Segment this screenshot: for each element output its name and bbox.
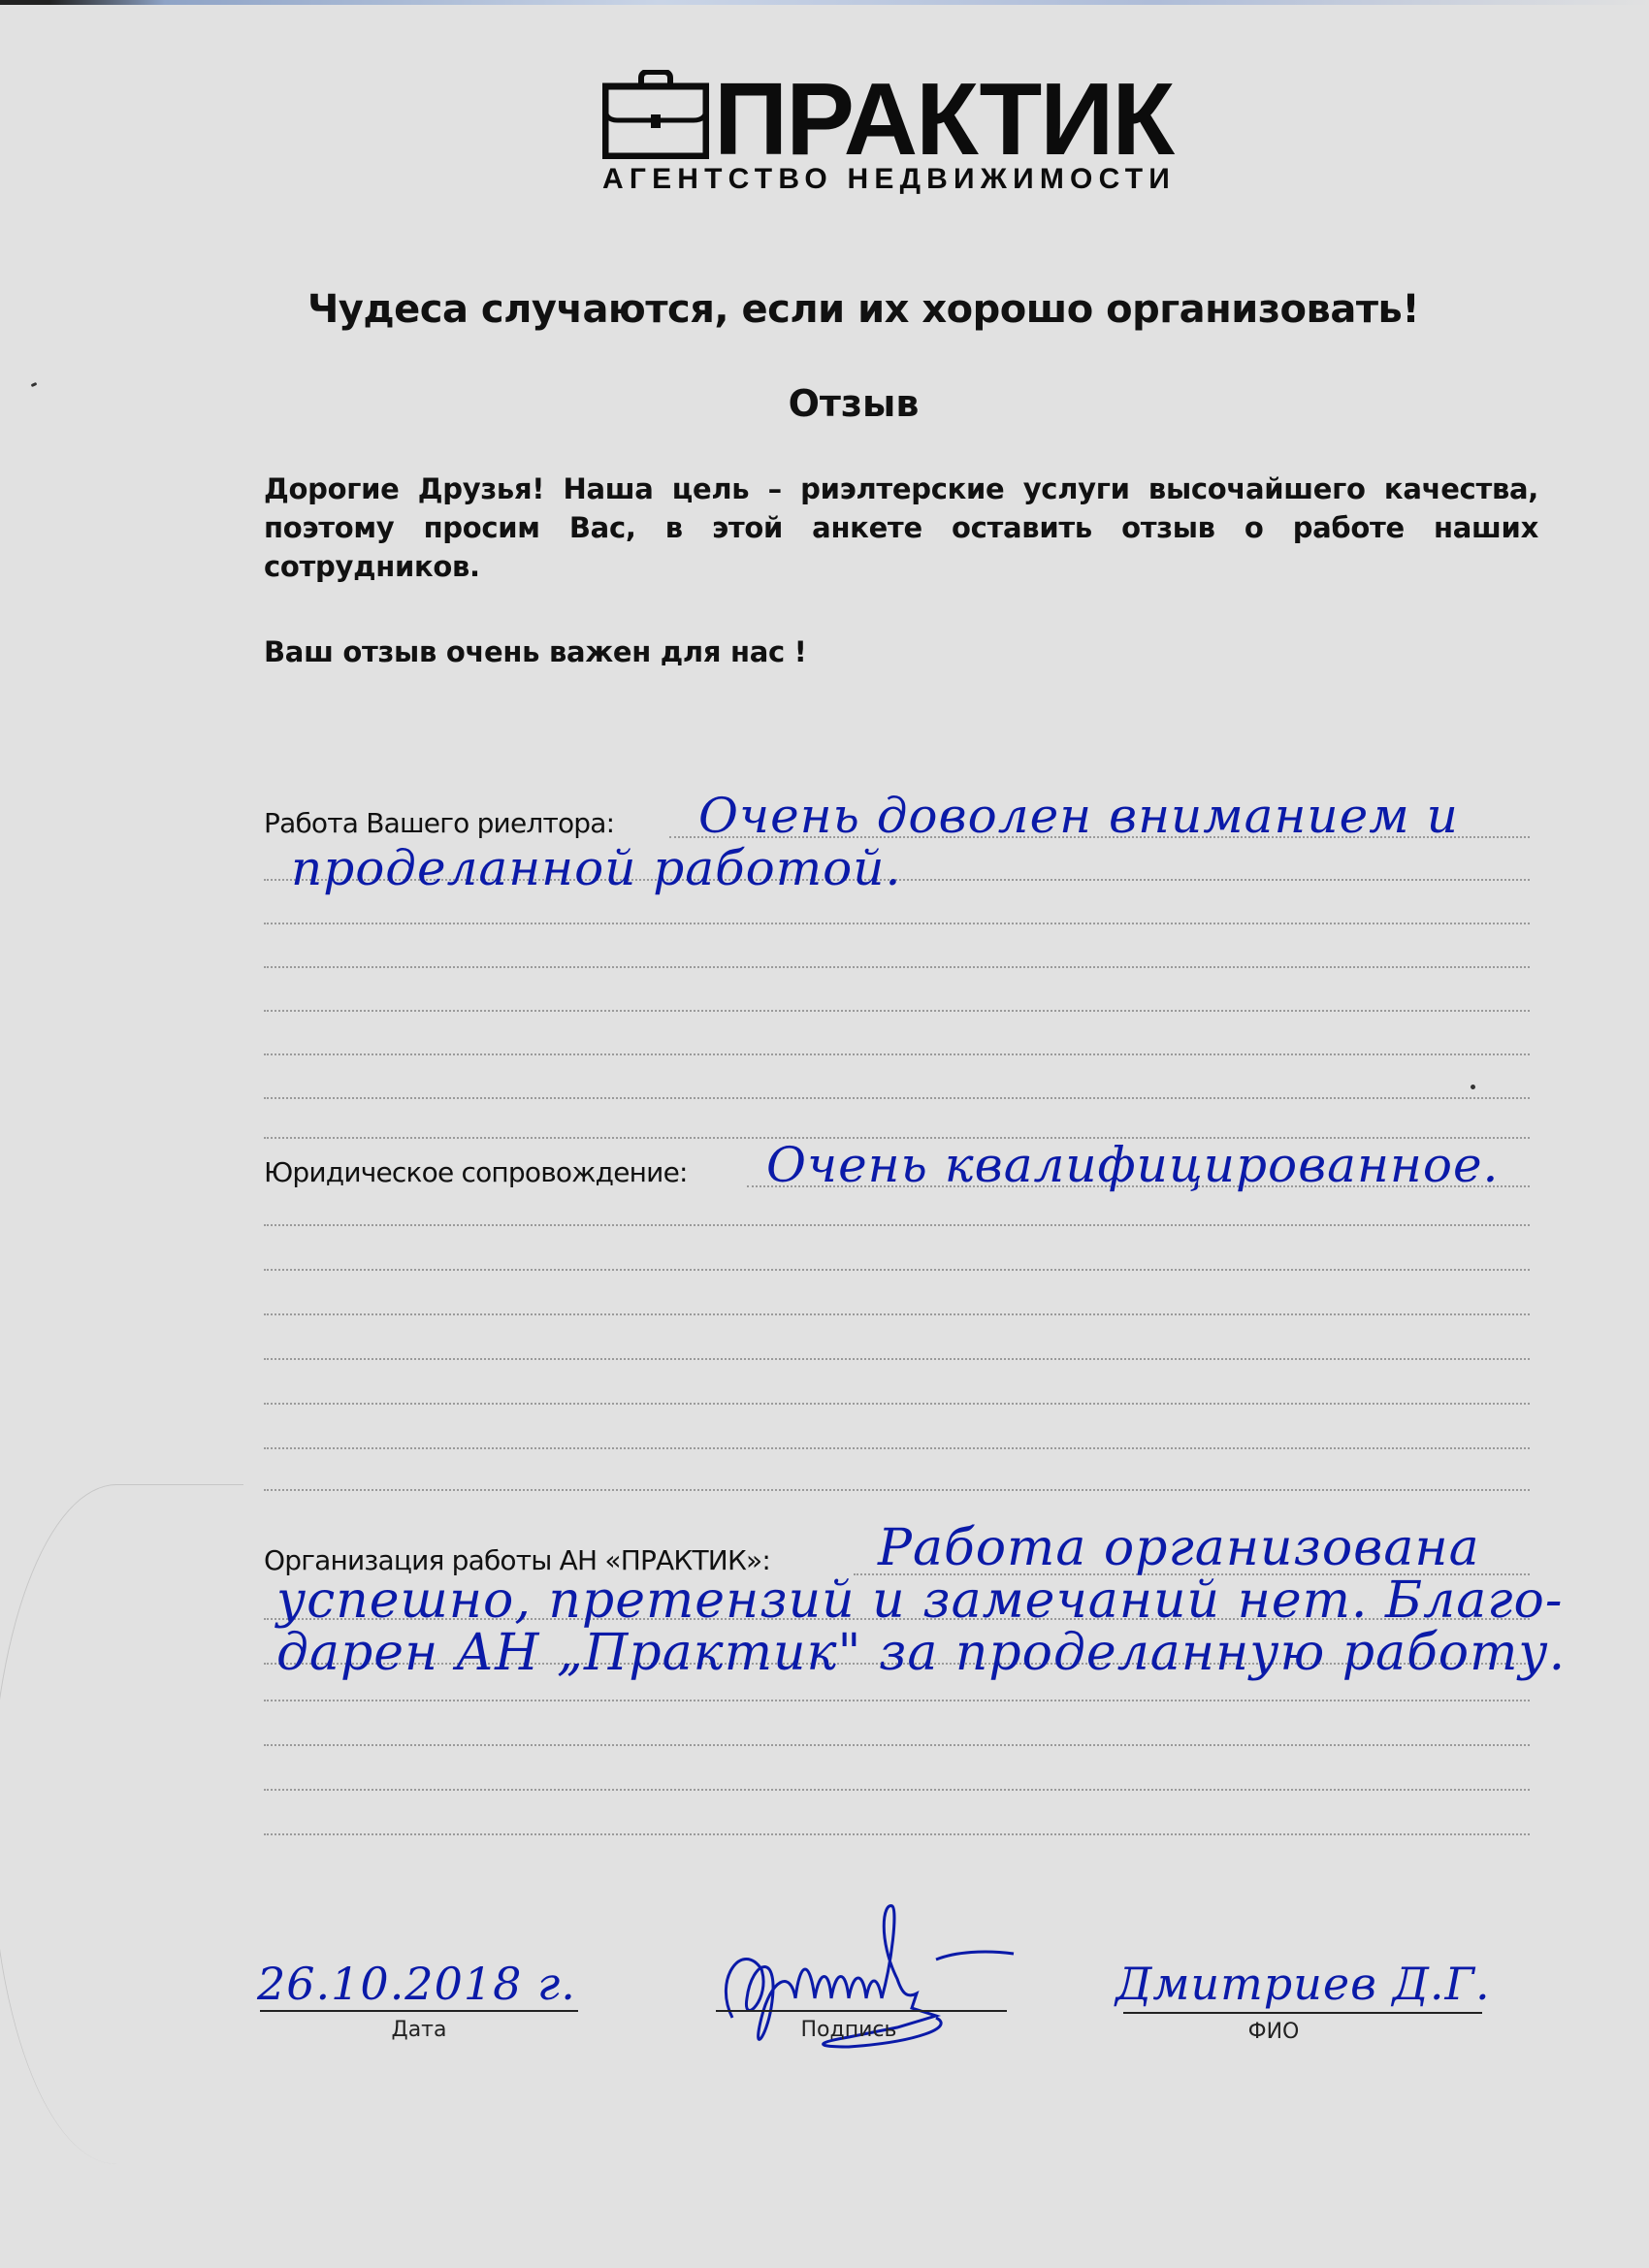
briefcase-icon [602, 70, 709, 159]
slogan: Чудеса случаются, если их хорошо организ… [0, 287, 1649, 332]
answer-line[interactable] [264, 1010, 1530, 1012]
agency-organization-answer-line-2: успешно, претензий и замечаний нет. Благ… [276, 1571, 1563, 1630]
answer-line[interactable] [264, 1358, 1530, 1360]
logo-subtitle: АГЕНТСТВО НЕДВИЖИМОСТИ [602, 163, 1204, 196]
intro-note: Ваш отзыв очень важен для нас ! [264, 635, 807, 668]
answer-line[interactable] [264, 1053, 1530, 1055]
signature-line[interactable] [716, 2010, 1007, 2012]
answer-line[interactable] [264, 1700, 1530, 1701]
date-label: Дата [260, 2018, 578, 2042]
answer-line[interactable] [264, 1097, 1530, 1099]
realtor-work-answer-line-1: Очень доволен вниманием и [698, 788, 1459, 844]
legal-support-label: Юридическое сопровождение: [264, 1156, 688, 1188]
logo-title: ПРАКТИК [714, 68, 1173, 171]
answer-line[interactable] [264, 1269, 1530, 1271]
legal-support-answer: Очень квалифицированное. [766, 1137, 1499, 1193]
page-title: Отзыв [0, 382, 1649, 425]
answer-line[interactable] [264, 1489, 1530, 1491]
agency-organization-answer-line-1: Работа организована [878, 1519, 1480, 1577]
answer-line[interactable] [264, 1313, 1530, 1315]
answer-line[interactable] [264, 1224, 1530, 1226]
realtor-work-answer-line-2: проделанной работой. [291, 840, 901, 896]
answer-line[interactable] [264, 1789, 1530, 1791]
answer-line[interactable] [264, 966, 1530, 968]
realtor-work-label: Работа Вашего риелтора: [264, 807, 614, 839]
scan-speck [1470, 1084, 1476, 1090]
answer-line[interactable] [264, 1403, 1530, 1405]
signature-label: Подпись [795, 2018, 902, 2042]
full-name-label: ФИО [1123, 2020, 1424, 2044]
agency-organization-answer-line-3: дарен АН „Практик" за проделанную работу… [276, 1624, 1566, 1682]
answer-line[interactable] [264, 923, 1530, 924]
scan-top-edge [0, 0, 1649, 5]
intro-paragraph: Дорогие Друзья! Наша цель – риэлтерские … [264, 470, 1538, 586]
date-line[interactable] [260, 2010, 578, 2012]
date-value: 26.10.2018 г. [257, 1958, 576, 2010]
answer-line[interactable] [264, 1833, 1530, 1835]
answer-line[interactable] [264, 1447, 1530, 1449]
full-name-value: Дмитриев Д.Г. [1115, 1958, 1491, 2010]
margin-arc-mark [0, 1484, 243, 2164]
full-name-line[interactable] [1123, 2012, 1482, 2014]
answer-line[interactable] [264, 1744, 1530, 1746]
